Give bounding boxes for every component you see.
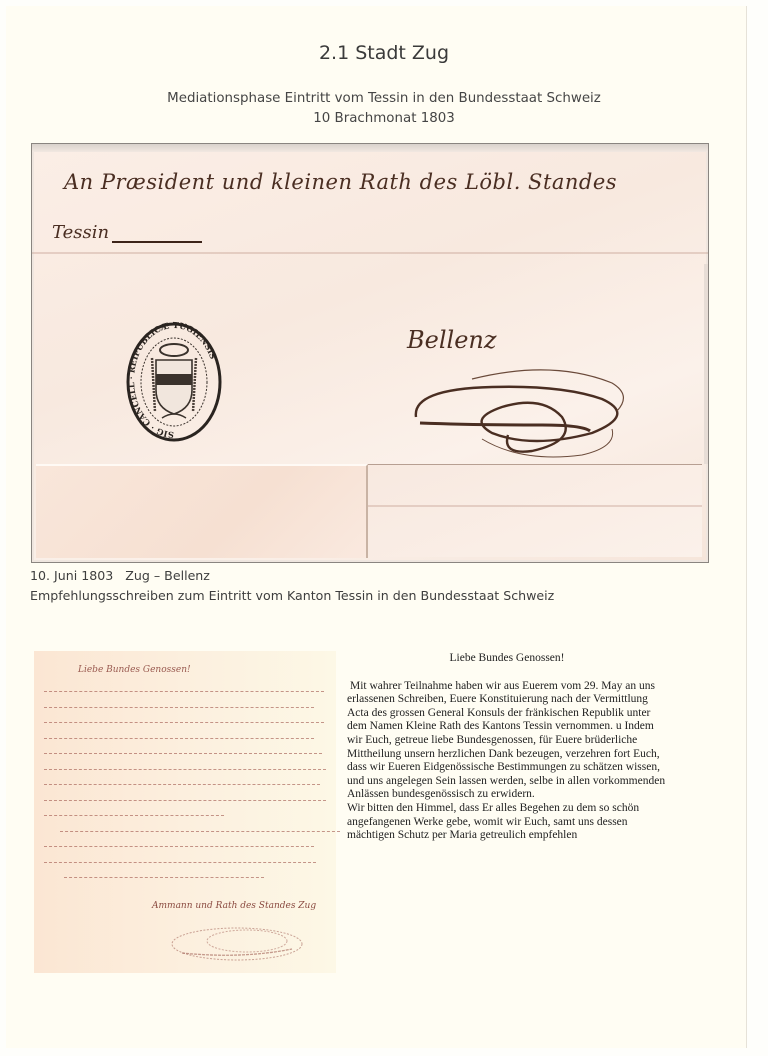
transcription-paragraph-2: Wir bitten den Himmel, dass Er alles Beg… (347, 802, 667, 843)
letter-photo: Liebe Bundes Genossen! Ammann und Rath d… (34, 651, 336, 973)
transcription-paragraph-1: Mit wahrer Teilnahme haben wir aus Euere… (347, 680, 667, 802)
handwriting-line (44, 815, 224, 817)
caption-date-route: 10. Juni 1803 Zug – Bellenz (30, 566, 554, 586)
envelope-edge (704, 264, 708, 464)
handwriting-line (64, 877, 264, 879)
handwriting-line (44, 784, 320, 786)
envelope-crease (368, 505, 702, 507)
flourish-icon (412, 359, 642, 469)
subtitle-line-2: 10 Brachmonat 1803 (30, 109, 738, 129)
handwriting-line (44, 707, 314, 709)
envelope-photo: An Præsident und kleinen Rath des Löbl. … (31, 143, 709, 563)
handwriting-line (44, 738, 314, 740)
letter-greeting: Liebe Bundes Genossen! (78, 665, 191, 675)
handwriting-line (44, 800, 326, 802)
subtitle-line-1: Mediationsphase Eintritt vom Tessin in d… (30, 89, 738, 109)
handwriting-line (44, 691, 324, 693)
handwriting-line (44, 862, 316, 864)
handwriting-line (44, 753, 322, 755)
handwriting-line (60, 831, 340, 833)
envelope-caption: 10. Juni 1803 Zug – Bellenz Empfehlungss… (30, 566, 554, 606)
address-underline (112, 241, 202, 243)
page-subtitle: Mediationsphase Eintritt vom Tessin in d… (30, 89, 738, 129)
transcription-salutation: Liebe Bundes Genossen! (347, 652, 667, 666)
page-title: 2.1 Stadt Zug (0, 42, 768, 64)
letter-transcription: Liebe Bundes Genossen! Mit wahrer Teilna… (347, 652, 667, 843)
chancery-seal-icon: SIG · CANCELL · REIPUBLICÆ TUGIENSIS (124, 320, 224, 445)
signature-flourish-icon (162, 919, 312, 969)
envelope-crease (32, 252, 708, 254)
destination-bellenz: Bellenz (407, 326, 497, 354)
letter-signature: Ammann und Rath des Standes Zug (152, 901, 316, 911)
address-line-2: Tessin (52, 222, 109, 243)
envelope-flap-right (368, 464, 702, 557)
handwriting-line (44, 769, 326, 771)
envelope-flap-left (36, 464, 368, 558)
envelope-fold (32, 144, 708, 152)
caption-description: Empfehlungsschreiben zum Eintritt vom Ka… (30, 586, 554, 606)
handwriting-line (44, 846, 314, 848)
address-line-1: An Præsident und kleinen Rath des Löbl. … (64, 170, 617, 194)
handwriting-line (44, 722, 324, 724)
